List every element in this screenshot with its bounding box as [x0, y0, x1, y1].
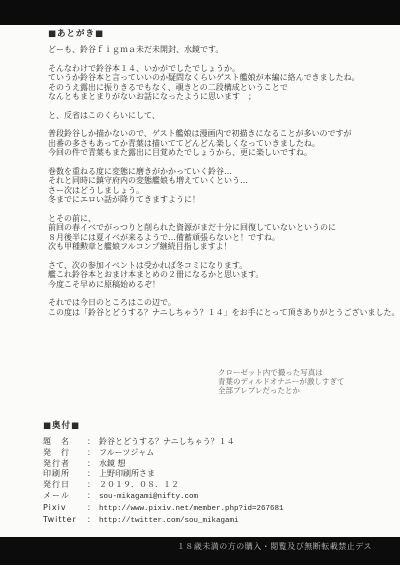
colophon-heading: ■奥付■ [43, 419, 383, 431]
paragraph-line: 艦これ鈴谷本とおまけ本まとめの２冊になるかと思います。 [48, 270, 384, 280]
colophon-value-title: 鈴谷とどうする？ナニしちゃう？１４ [99, 437, 235, 446]
colophon-label: 発 行 [43, 448, 87, 459]
paragraph-line: と、反省はこのくらいにして、 [48, 111, 384, 121]
paragraph-line: 出番の多さもあってか青葉は描いててどんどん楽しくなっていきましたね。 [48, 139, 384, 149]
colophon-value-email: sou-mikagami@nifty.com [99, 493, 198, 501]
paragraph: さて、次の参加イベントは受かれば冬コミになります。 艦これ鈴谷本とおまけ本まとめ… [48, 261, 384, 290]
colophon-value-circle: フルーツジャム [99, 448, 154, 457]
paragraph: 巻数を重ねる度に変態に磨きがかかっていく鈴谷… それと同時に鎮守府内の変態艦娘も… [48, 167, 384, 205]
colophon-row: Pixiv：http://www.pixiv.net/member.php?id… [43, 503, 383, 515]
bottom-black-band: １８歳未満の方の購入・閲覧及び無断転載禁止デス [0, 537, 400, 565]
colophon-value-date: ２０１９．０８．１２ [99, 480, 179, 489]
paragraph-line: この度は「鈴谷とどうする？ナニしちゃう？１４」をお手にとって頂きありがとうござい… [48, 308, 384, 318]
colophon-separator: ： [87, 437, 99, 448]
paragraph-line: そんなわけで鈴谷本１４、いかがでしたでしょうか。 [48, 64, 384, 74]
paragraph: どーも、鈴谷ｆｉｇｍａ未だ未開封、水鏡です。 [48, 45, 384, 55]
paragraph-line: 次も甲種勲章と艦娘フルコンプ継続目指しますよ！ [48, 242, 384, 252]
paragraph: それでは今日のところはこの辺で。 この度は「鈴谷とどうする？ナニしちゃう？１４」… [48, 298, 384, 317]
paragraph-line: それと同時に鎮守府内の変態艦娘も増えていくという… [48, 176, 384, 186]
colophon-row: 発 行：フルーツジャム [43, 448, 383, 459]
colophon-row: Twitter：http://twitter.com/sou_mikagami [43, 515, 383, 527]
aside-note-line: 青葉のディルドオナニーが激しすぎて [218, 377, 344, 386]
paragraph-line: それでは今日のところはこの辺で。 [48, 298, 384, 308]
colophon-label: 発行日 [43, 480, 87, 491]
colophon-row: 題 名：鈴谷とどうする？ナニしちゃう？１４ [43, 437, 383, 448]
colophon-label: メール [43, 491, 87, 502]
afterword-heading: ■あとがき■ [48, 27, 384, 39]
colophon-separator: ： [87, 480, 99, 491]
paragraph-line: ていうか鈴谷本と言っていいのか疑問なくらいゲスト艦娘が本編に絡んできましたね。 [48, 73, 384, 83]
paragraph-line: 今回の件で青葉もまた露出に目覚めたでしょうから、更に楽しいですね。 [48, 148, 384, 158]
colophon-row: 発行日：２０１９．０８．１２ [43, 480, 383, 491]
paragraph-line: そのうえ露出に振りきるでもなく、覗きとの二段構成ということで [48, 83, 384, 93]
aside-note: クローゼット内で撮った写真は 青葉のディルドオナニーが激しすぎて 全部ブレブレだ… [218, 368, 344, 395]
paragraph-line: なんともまとまりがないお話になったように思います ； [48, 92, 384, 102]
paragraph-line: さて、次の参加イベントは受かれば冬コミになります。 [48, 261, 384, 271]
colophon-separator: ： [87, 459, 99, 470]
paragraph: と、反省はこのくらいにして、 [48, 111, 384, 121]
colophon-separator: ： [87, 448, 99, 459]
paragraph: そんなわけで鈴谷本１４、いかがでしたでしょうか。 ていうか鈴谷本と言っていいのか… [48, 64, 384, 102]
colophon-value-twitter-url: http://twitter.com/sou_mikagami [99, 517, 239, 525]
colophon-value-pixiv-url: http://www.pixiv.net/member.php?id=26768… [99, 505, 284, 513]
paragraph-line: さー次はどうしましょう。 [48, 186, 384, 196]
paragraph-line: 冬までにエロい話が降りてきますように！ [48, 195, 384, 205]
colophon-separator: ： [87, 515, 99, 526]
paragraph-line: とその前に、 [48, 214, 384, 224]
colophon-section: ■奥付■ 題 名：鈴谷とどうする？ナニしちゃう？１４ 発 行：フルーツジャム 発… [43, 419, 383, 550]
paragraph-line: 前回の春イベでがっつりと削られた資源がまだ十分に回復していないというのに [48, 223, 384, 233]
colophon-separator: ： [87, 469, 99, 480]
colophon-value-printer: 上野印刷所さま [99, 469, 155, 478]
paragraph-line: 今度こそ早めに原稿始めるぞ！ [48, 280, 384, 290]
colophon-label: 題 名 [43, 437, 87, 448]
paragraph: とその前に、 前回の春イベでがっつりと削られた資源がまだ十分に回復していないとい… [48, 214, 384, 252]
paragraph-line: ８月後半には夏イベが来るようで…備蓄頑張らないと！ですね。 [48, 233, 384, 243]
paragraph-line: 普段鈴谷しか描かないので、ゲスト艦娘は漫画内で初描きになることが多いのですが [48, 129, 384, 139]
colophon-label: 発行者 [43, 459, 87, 470]
afterword-section: ■あとがき■ どーも、鈴谷ｆｉｇｍａ未だ未開封、水鏡です。 そんなわけで鈴谷本１… [48, 27, 384, 326]
colophon-separator: ： [87, 491, 99, 502]
top-black-band [0, 0, 400, 25]
paragraph: 普段鈴谷しか描かないので、ゲスト艦娘は漫画内で初描きになることが多いのですが 出… [48, 129, 384, 158]
aside-note-line: 全部ブレブレだったとか [218, 386, 344, 395]
paragraph-line: 巻数を重ねる度に変態に磨きがかかっていく鈴谷… [48, 167, 384, 177]
colophon-label: 印刷所 [43, 469, 87, 480]
colophon-separator: ： [87, 503, 99, 514]
colophon-row: 発行者：水鏡 想 [43, 459, 383, 470]
colophon-row: 印刷所：上野印刷所さま [43, 469, 383, 480]
colophon-label: Pixiv [43, 503, 87, 514]
aside-note-line: クローゼット内で撮った写真は [218, 368, 344, 377]
paragraph-line: どーも、鈴谷ｆｉｇｍａ未だ未開封、水鏡です。 [48, 45, 384, 55]
colophon-value-author: 水鏡 想 [99, 459, 126, 468]
colophon-label: Twitter [43, 515, 87, 526]
colophon-row: メール：sou-mikagami@nifty.com [43, 491, 383, 503]
afterword-page: ■あとがき■ どーも、鈴谷ｆｉｇｍａ未だ未開封、水鏡です。 そんなわけで鈴谷本１… [0, 0, 400, 565]
age-restriction-notice: １８歳未満の方の購入・閲覧及び無断転載禁止デス [177, 542, 372, 551]
